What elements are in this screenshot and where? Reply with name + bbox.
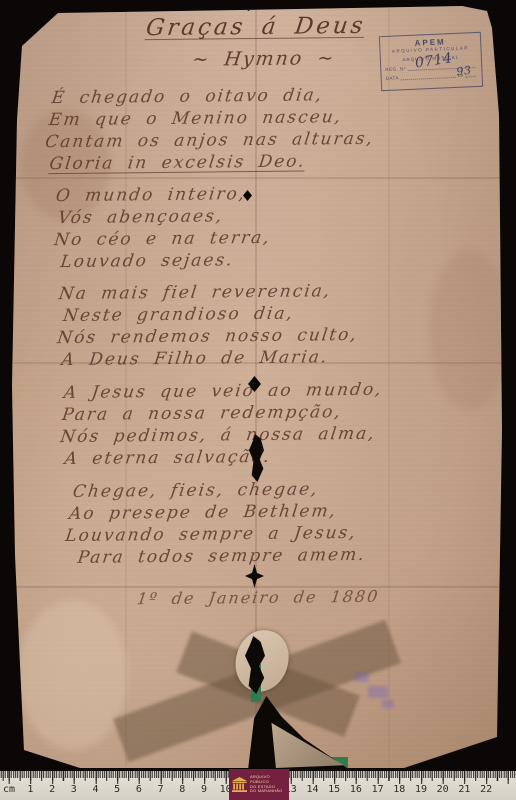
hymn-title: Graças á Deus: [144, 13, 367, 41]
ruler-number: 6: [136, 784, 142, 795]
ruler-number: 3: [71, 784, 77, 795]
verse-line: Nós rendemos nosso culto,: [56, 325, 359, 348]
verse-line: O mundo inteiro,: [55, 184, 248, 206]
stamp-date-label: DATA: [386, 75, 400, 81]
ruler-number: 18: [393, 784, 405, 795]
verse-line: Neste grandioso dia,: [62, 304, 295, 326]
verse-line: Ao presepe de Bethlem,: [68, 501, 338, 524]
verse-line: Para a nossa redempção,: [61, 402, 343, 425]
verse-line: Gloria in excelsis Deo.: [48, 151, 307, 174]
verse-line: No céo e na terra,: [53, 228, 272, 250]
verse-line: Na mais fiel reverencia,: [58, 281, 333, 304]
ruler-number: 5: [114, 784, 120, 795]
archive-logo: ARQUIVO PÚBLICO DO ESTADO DO MARANHÃO: [229, 769, 289, 800]
ruler-number: 17: [372, 784, 384, 795]
stamp-date-row: DATA 19 93: [386, 71, 478, 81]
ruler-number: 8: [179, 784, 185, 795]
ruler-number: 20: [437, 784, 449, 795]
ruler-number: 19: [415, 784, 427, 795]
verse-line: Louvando sempre a Jesus,: [64, 523, 358, 546]
ruler-number: 1: [27, 784, 33, 795]
archival-scan: Graças á Deus ~ Hymno ~ 1º de Janeiro de…: [0, 0, 516, 800]
ruler-number: 2: [49, 784, 55, 795]
ruler-number: 15: [328, 784, 340, 795]
verse-line: Nós pedimos, á nossa alma,: [59, 424, 377, 447]
stamp-reg-label: REG. Nº: [385, 66, 406, 72]
verse-line: Cantam os anjos nas alturas,: [44, 129, 375, 152]
verse-line: Vós abençoaes,: [57, 206, 225, 228]
stamp-date-line: [401, 72, 456, 80]
verse-line: Em que o Menino nasceu,: [48, 107, 344, 130]
ruler-number: 4: [92, 784, 98, 795]
stamp-year-value: 93: [456, 64, 472, 79]
ruler-number: 9: [201, 784, 207, 795]
purple-ink-smudge: [382, 700, 394, 708]
verse-line: A Deus Filho de Maria.: [60, 347, 329, 370]
archive-building-icon: [231, 777, 248, 793]
ruler-number: 16: [350, 784, 362, 795]
date-line: 1º de Janeiro de 1880: [136, 587, 381, 609]
purple-ink-smudge: [368, 686, 388, 698]
ruler-number: 14: [306, 784, 318, 795]
verse-line: Louvado sejaes.: [59, 250, 235, 272]
ruler-number: 22: [480, 784, 492, 795]
ruler-number: 21: [458, 784, 470, 795]
verse-line: A Jesus que veio ao mundo,: [63, 380, 384, 403]
archive-stamp: APEM ARQUIVO PARTICULAR ARQUIVO MUSICAL …: [379, 32, 483, 91]
verse-line: A eterna salvação.: [63, 447, 272, 469]
verse-line: Para todos sempre amem.: [76, 545, 367, 568]
archive-logo-text: ARQUIVO PÚBLICO DO ESTADO DO MARANHÃO: [250, 775, 282, 793]
ruler-number: 7: [158, 784, 164, 795]
verse-line: Chegae, fieis, chegae,: [72, 479, 320, 502]
hymn-subtitle: ~ Hymno ~: [191, 47, 337, 71]
purple-ink-smudge: [355, 672, 369, 682]
manuscript-paper: Graças á Deus ~ Hymno ~ 1º de Janeiro de…: [0, 0, 516, 800]
ruler-unit-label: cm: [3, 784, 15, 795]
verse-line: É chegado o oitavo dia,: [51, 85, 325, 108]
logo-line: DO MARANHÃO: [250, 789, 282, 794]
